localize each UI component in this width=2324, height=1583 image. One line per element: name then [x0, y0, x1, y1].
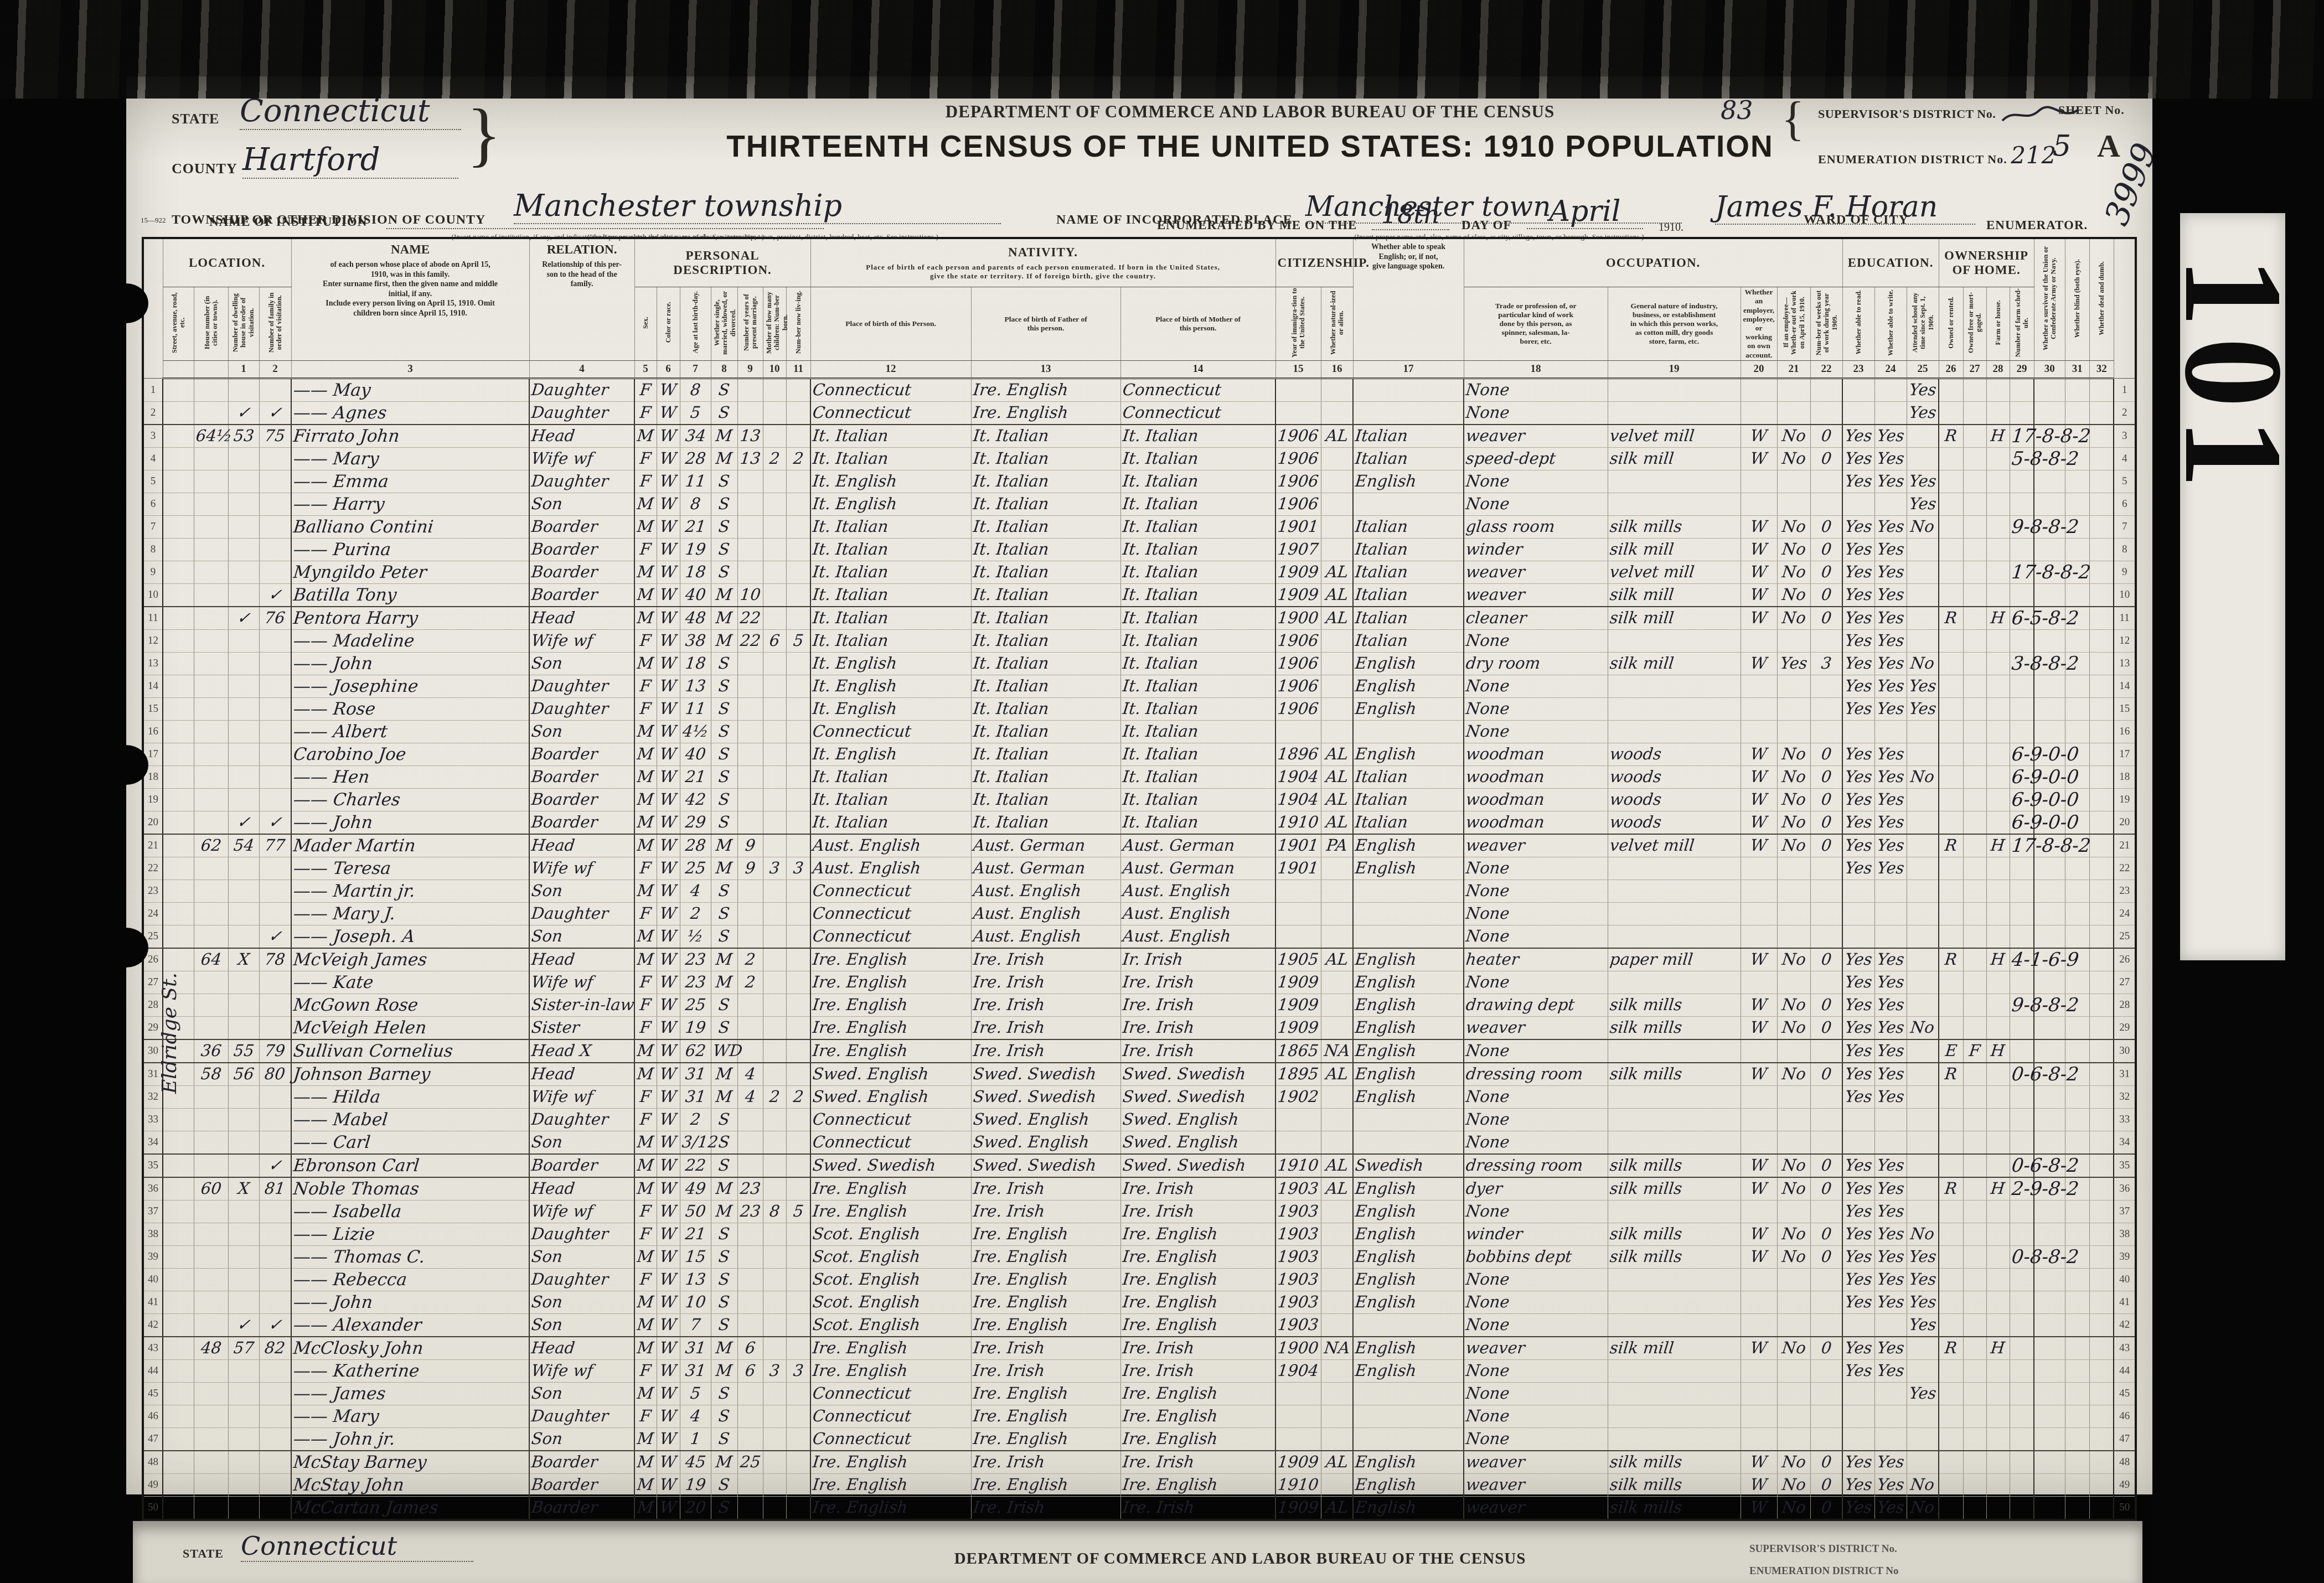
- table-row: 25✓—— Joseph. ASonMW½SConnecticutAust. E…: [143, 925, 2136, 949]
- street-cell: [163, 1474, 194, 1497]
- family-number: [259, 1291, 291, 1314]
- age: 22: [680, 1154, 711, 1177]
- farm-schedule: [2010, 925, 2034, 949]
- free-mortgaged: [1963, 743, 1986, 766]
- mother-birthplace: Aust. German: [1120, 834, 1275, 857]
- farm-or-house: [1986, 721, 2010, 743]
- marital-status: S: [711, 880, 737, 903]
- relation: Son: [529, 1131, 634, 1155]
- age: 2: [680, 1109, 711, 1131]
- column-number: 7: [680, 361, 711, 379]
- children-living: [786, 1337, 810, 1360]
- language: [1353, 721, 1464, 743]
- deaf-dumb: [2089, 811, 2114, 835]
- table-row: 28McGown RoseSister-in-lawFW25SIre. Engl…: [143, 994, 2136, 1017]
- free-mortgaged: [1963, 516, 1986, 539]
- weeks-out-of-work: [1810, 1291, 1842, 1314]
- birthplace: Ire. English: [810, 1474, 971, 1497]
- children-born: 3: [763, 857, 786, 880]
- industry: [1608, 1039, 1741, 1063]
- age: 11: [680, 470, 711, 493]
- sheet-value: 5: [2053, 130, 2071, 163]
- language: Italian: [1353, 789, 1464, 811]
- immigration-year: 1906: [1275, 493, 1321, 516]
- children-born: [763, 539, 786, 561]
- industry: paper mill: [1608, 948, 1741, 971]
- immigration-year: [1275, 1383, 1321, 1405]
- color: W: [657, 493, 680, 516]
- naturalization: AL: [1321, 1451, 1353, 1474]
- relation: Boarder: [529, 789, 634, 811]
- years-married: [737, 925, 763, 949]
- tab-number: 101: [2152, 257, 2314, 499]
- blind: [2065, 1428, 2089, 1451]
- sex: F: [634, 1017, 657, 1040]
- farm-or-house: [1986, 1269, 2010, 1291]
- deaf-dumb: [2089, 1314, 2114, 1337]
- mother-birthplace: It. Italian: [1120, 607, 1275, 630]
- street-cell: [163, 1405, 194, 1428]
- can-read: Yes: [1842, 630, 1874, 653]
- house-number: [194, 379, 228, 402]
- farm-or-house: H: [1986, 948, 2010, 971]
- marital-status: S: [711, 653, 737, 675]
- years-married: [737, 1017, 763, 1040]
- veteran: [2034, 1337, 2065, 1360]
- house-number: [194, 1223, 228, 1246]
- mother-birthplace: Swed. Swedish: [1120, 1063, 1275, 1086]
- enumeration-district-label: ENUMERATION DISTRICT No. 212: [1818, 142, 2057, 169]
- can-read: [1842, 493, 1874, 516]
- deaf-dumb: [2089, 607, 2114, 630]
- family-number: [259, 1246, 291, 1269]
- color: W: [657, 1314, 680, 1337]
- industry: silk mill: [1608, 653, 1741, 675]
- can-write: Yes: [1874, 675, 1907, 698]
- header-cell: Whether a survivor of the Union or Confe…: [2034, 238, 2065, 361]
- home-owned-rented: [1939, 1291, 1963, 1314]
- sex: M: [634, 1063, 657, 1086]
- family-number: [259, 1017, 291, 1040]
- home-owned-rented: R: [1939, 1177, 1963, 1201]
- veteran: [2034, 1314, 2065, 1337]
- age: 5: [680, 402, 711, 425]
- column-number: [163, 361, 194, 379]
- table-row: 48McStay BarneyBoarderMW45M25Ire. Englis…: [143, 1451, 2136, 1474]
- blind: [2065, 903, 2089, 925]
- home-owned-rented: R: [1939, 607, 1963, 630]
- name: McCartan James: [291, 1497, 529, 1520]
- children-living: [786, 379, 810, 402]
- immigration-year: [1275, 1131, 1321, 1155]
- column-number: 1: [228, 361, 259, 379]
- can-read: [1842, 402, 1874, 425]
- name: —— Lizie: [291, 1223, 529, 1246]
- name: —— Hen: [291, 766, 529, 789]
- mother-birthplace: It. Italian: [1120, 653, 1275, 675]
- free-mortgaged: [1963, 653, 1986, 675]
- dwelling-number: [228, 925, 259, 949]
- sex: F: [634, 1223, 657, 1246]
- trade: None: [1464, 379, 1608, 402]
- weeks-out-of-work: 0: [1810, 448, 1842, 470]
- weeks-out-of-work: 0: [1810, 1223, 1842, 1246]
- column-number: 15: [1275, 361, 1321, 379]
- father-birthplace: Swed. Swedish: [971, 1063, 1120, 1086]
- naturalization: [1321, 1223, 1353, 1246]
- line-number-right: 21: [2114, 834, 2136, 857]
- sex: M: [634, 1337, 657, 1360]
- veteran: [2034, 1428, 2065, 1451]
- home-owned-rented: [1939, 1086, 1963, 1109]
- industry: [1608, 402, 1741, 425]
- children-living: [786, 1246, 810, 1269]
- out-of-work: No: [1777, 1246, 1810, 1269]
- language: [1353, 1109, 1464, 1131]
- blind: [2065, 1314, 2089, 1337]
- farm-or-house: [1986, 448, 2010, 470]
- name: —— Alexander: [291, 1314, 529, 1337]
- sex: M: [634, 1474, 657, 1497]
- family-number: 79: [259, 1039, 291, 1063]
- naturalization: AL: [1321, 766, 1353, 789]
- relation: Daughter: [529, 379, 634, 402]
- employer-status: W: [1741, 584, 1777, 607]
- table-row: 39—— Thomas C.SonMW15SScot. EnglishIre. …: [143, 1246, 2136, 1269]
- home-owned-rented: [1939, 994, 1963, 1017]
- dwelling-number: [228, 1291, 259, 1314]
- years-married: [737, 1428, 763, 1451]
- name: —— John jr.: [291, 1428, 529, 1451]
- employer-status: [1741, 1383, 1777, 1405]
- trade: None: [1464, 1428, 1608, 1451]
- dwelling-number: [228, 1451, 259, 1474]
- weeks-out-of-work: [1810, 698, 1842, 721]
- line-number: 3: [143, 425, 163, 448]
- children-born: [763, 1383, 786, 1405]
- father-birthplace: Ire. English: [971, 1223, 1120, 1246]
- age: 25: [680, 994, 711, 1017]
- sex: M: [634, 743, 657, 766]
- street-cell: [163, 493, 194, 516]
- employer-status: W: [1741, 1451, 1777, 1474]
- birthplace: Scot. English: [810, 1223, 971, 1246]
- out-of-work: No: [1777, 1223, 1810, 1246]
- deaf-dumb: [2089, 698, 2114, 721]
- deaf-dumb: [2089, 379, 2114, 402]
- name: —— James: [291, 1383, 529, 1405]
- line-number-right: 15: [2114, 698, 2136, 721]
- children-born: [763, 1131, 786, 1155]
- out-of-work: No: [1777, 425, 1810, 448]
- farm-schedule: 2-9-8-2: [2010, 1177, 2034, 1201]
- birthplace: Connecticut: [810, 903, 971, 925]
- immigration-year: 1903: [1275, 1269, 1321, 1291]
- years-married: [737, 994, 763, 1017]
- dwelling-number: X: [228, 948, 259, 971]
- sex: M: [634, 811, 657, 835]
- house-number: [194, 607, 228, 630]
- trade: None: [1464, 880, 1608, 903]
- line-number-right: 25: [2114, 925, 2136, 949]
- father-birthplace: Aust. English: [971, 925, 1120, 949]
- home-owned-rented: [1939, 880, 1963, 903]
- sex: M: [634, 425, 657, 448]
- dwelling-number: 56: [228, 1063, 259, 1086]
- can-write: Yes: [1874, 1269, 1907, 1291]
- children-born: [763, 811, 786, 835]
- deaf-dumb: [2089, 470, 2114, 493]
- relation: Son: [529, 1314, 634, 1337]
- header-cell: Whether able to speak English; or, if no…: [1353, 238, 1464, 361]
- language: Italian: [1353, 425, 1464, 448]
- street-cell: [163, 630, 194, 653]
- weeks-out-of-work: [1810, 721, 1842, 743]
- language: English: [1353, 1451, 1464, 1474]
- line-number-right: 6: [2114, 493, 2136, 516]
- free-mortgaged: [1963, 675, 1986, 698]
- sex: F: [634, 630, 657, 653]
- farm-or-house: [1986, 1314, 2010, 1337]
- language: English: [1353, 675, 1464, 698]
- house-number: [194, 811, 228, 835]
- table-row: 38—— LizieDaughterFW21SScot. EnglishIre.…: [143, 1223, 2136, 1246]
- language: Swedish: [1353, 1154, 1464, 1177]
- father-birthplace: It. Italian: [971, 561, 1120, 584]
- language: Italian: [1353, 448, 1464, 470]
- children-living: [786, 675, 810, 698]
- dwelling-number: [228, 1405, 259, 1428]
- mother-birthplace: It. Italian: [1120, 721, 1275, 743]
- veteran: [2034, 584, 2065, 607]
- table-row: 43485782McClosky JohnHeadMW31M6Ire. Engl…: [143, 1337, 2136, 1360]
- trade: None: [1464, 470, 1608, 493]
- deaf-dumb: [2089, 880, 2114, 903]
- trade: winder: [1464, 539, 1608, 561]
- table-row: 364½5375Firrato JohnHeadMW34M13It. Itali…: [143, 425, 2136, 448]
- trade: weaver: [1464, 1474, 1608, 1497]
- children-born: [763, 698, 786, 721]
- years-married: [737, 1223, 763, 1246]
- line-number-right: 27: [2114, 971, 2136, 994]
- column-number: 32: [2089, 361, 2114, 379]
- family-number: [259, 766, 291, 789]
- color: W: [657, 1246, 680, 1269]
- language: Italian: [1353, 607, 1464, 630]
- can-read: Yes: [1842, 1223, 1874, 1246]
- color: W: [657, 607, 680, 630]
- out-of-work: [1777, 1269, 1810, 1291]
- veteran: [2034, 379, 2065, 402]
- years-married: [737, 1131, 763, 1155]
- immigration-year: 1904: [1275, 1360, 1321, 1383]
- state-label: STATE: [172, 111, 219, 127]
- language: English: [1353, 1291, 1464, 1314]
- sex: M: [634, 1039, 657, 1063]
- out-of-work: [1777, 1201, 1810, 1223]
- color: W: [657, 1474, 680, 1497]
- street-cell: [163, 1109, 194, 1131]
- farm-or-house: [1986, 539, 2010, 561]
- marital-status: M: [711, 834, 737, 857]
- attended-school: [1907, 925, 1939, 949]
- table-row: 37—— IsabellaWife wfFW50M2385Ire. Englis…: [143, 1201, 2136, 1223]
- relation: Daughter: [529, 903, 634, 925]
- age: 20: [680, 1497, 711, 1520]
- birthplace: It. English: [810, 698, 971, 721]
- dwelling-number: [228, 448, 259, 470]
- family-number: ✓: [259, 811, 291, 835]
- birthplace: Ire. English: [810, 1360, 971, 1383]
- naturalization: [1321, 1405, 1353, 1428]
- age: 5: [680, 1383, 711, 1405]
- farm-or-house: H: [1986, 834, 2010, 857]
- children-born: [763, 925, 786, 949]
- marital-status: M: [711, 971, 737, 994]
- out-of-work: [1777, 1360, 1810, 1383]
- header-cell: Number of family in order of visitation.: [259, 287, 291, 361]
- naturalization: [1321, 971, 1353, 994]
- can-write: Yes: [1874, 857, 1907, 880]
- weeks-out-of-work: 0: [1810, 994, 1842, 1017]
- color: W: [657, 994, 680, 1017]
- veteran: [2034, 1086, 2065, 1109]
- attended-school: No: [1907, 1017, 1939, 1040]
- birthplace: It. Italian: [810, 766, 971, 789]
- industry: silk mill: [1608, 1337, 1741, 1360]
- relation: Head: [529, 1177, 634, 1201]
- house-number: [194, 448, 228, 470]
- family-number: [259, 1223, 291, 1246]
- age: 23: [680, 948, 711, 971]
- header-cell: Farm or house.: [1986, 287, 2010, 361]
- industry: silk mills: [1608, 994, 1741, 1017]
- birthplace: It. Italian: [810, 584, 971, 607]
- years-married: [737, 539, 763, 561]
- age: 40: [680, 584, 711, 607]
- street-cell: [163, 1314, 194, 1337]
- children-born: 3: [763, 1360, 786, 1383]
- can-write: [1874, 1109, 1907, 1131]
- can-read: Yes: [1842, 516, 1874, 539]
- blind: [2065, 1201, 2089, 1223]
- birthplace: It. Italian: [810, 607, 971, 630]
- marital-status: S: [711, 1269, 737, 1291]
- attended-school: [1907, 1428, 1939, 1451]
- employer-status: W: [1741, 516, 1777, 539]
- color: W: [657, 1383, 680, 1405]
- employer-status: [1741, 698, 1777, 721]
- farm-schedule: [2010, 1497, 2034, 1520]
- sex: M: [634, 493, 657, 516]
- free-mortgaged: [1963, 721, 1986, 743]
- father-birthplace: It. Italian: [971, 630, 1120, 653]
- birthplace: Ire. English: [810, 1201, 971, 1223]
- free-mortgaged: [1963, 1017, 1986, 1040]
- years-married: [737, 1405, 763, 1428]
- column-number: 19: [1608, 361, 1741, 379]
- marital-status: M: [711, 630, 737, 653]
- deaf-dumb: [2089, 971, 2114, 994]
- blind: [2065, 1291, 2089, 1314]
- mother-birthplace: Ire. English: [1120, 1383, 1275, 1405]
- color: W: [657, 1291, 680, 1314]
- house-number: [194, 743, 228, 766]
- header-cell: Whether deaf and dumb.: [2089, 238, 2114, 361]
- farm-schedule: [2010, 857, 2034, 880]
- marital-status: S: [711, 1474, 737, 1497]
- industry: velvet mill: [1608, 834, 1741, 857]
- line-number: 50: [143, 1497, 163, 1520]
- years-married: [737, 1383, 763, 1405]
- language: [1353, 1314, 1464, 1337]
- years-married: 13: [737, 425, 763, 448]
- out-of-work: No: [1777, 789, 1810, 811]
- blind: [2065, 1109, 2089, 1131]
- dwelling-number: [228, 516, 259, 539]
- children-living: [786, 1131, 810, 1155]
- weeks-out-of-work: 0: [1810, 834, 1842, 857]
- deaf-dumb: [2089, 1269, 2114, 1291]
- line-number-right: 45: [2114, 1383, 2136, 1405]
- children-living: [786, 1154, 810, 1177]
- years-married: [737, 1246, 763, 1269]
- trade: drawing dept: [1464, 994, 1608, 1017]
- industry: silk mills: [1608, 1474, 1741, 1497]
- employer-status: [1741, 1314, 1777, 1337]
- farm-or-house: H: [1986, 1337, 2010, 1360]
- immigration-year: 1906: [1275, 448, 1321, 470]
- home-owned-rented: [1939, 1269, 1963, 1291]
- farm-schedule: [2010, 1383, 2034, 1405]
- age: ½: [680, 925, 711, 949]
- can-write: [1874, 1131, 1907, 1155]
- children-born: [763, 1017, 786, 1040]
- out-of-work: [1777, 1314, 1810, 1337]
- employer-status: [1741, 470, 1777, 493]
- relation: Daughter: [529, 402, 634, 425]
- naturalization: [1321, 903, 1353, 925]
- years-married: [737, 698, 763, 721]
- deaf-dumb: [2089, 1154, 2114, 1177]
- birthplace: It. Italian: [810, 561, 971, 584]
- header-cell: Whetheranemployer,employee,orworkingon o…: [1741, 287, 1777, 361]
- attended-school: [1907, 971, 1939, 994]
- blind: [2065, 1451, 2089, 1474]
- free-mortgaged: [1963, 470, 1986, 493]
- children-living: [786, 561, 810, 584]
- institution-line: [386, 226, 824, 229]
- children-living: [786, 1063, 810, 1086]
- line-number: 47: [143, 1428, 163, 1451]
- line-number: 6: [143, 493, 163, 516]
- dwelling-number: [228, 630, 259, 653]
- marital-status: S: [711, 493, 737, 516]
- name: —— Mary J.: [291, 903, 529, 925]
- line-number-right: 48: [2114, 1451, 2136, 1474]
- relation: Boarder: [529, 1154, 634, 1177]
- table-row: 8—— PurinaBoarderFW19SIt. ItalianIt. Ita…: [143, 539, 2136, 561]
- relation: Head: [529, 1063, 634, 1086]
- industry: [1608, 379, 1741, 402]
- mother-birthplace: It. Italian: [1120, 516, 1275, 539]
- out-of-work: No: [1777, 811, 1810, 835]
- free-mortgaged: [1963, 402, 1986, 425]
- mother-birthplace: It. Italian: [1120, 493, 1275, 516]
- sex: M: [634, 721, 657, 743]
- industry: silk mills: [1608, 1497, 1741, 1520]
- children-living: [786, 607, 810, 630]
